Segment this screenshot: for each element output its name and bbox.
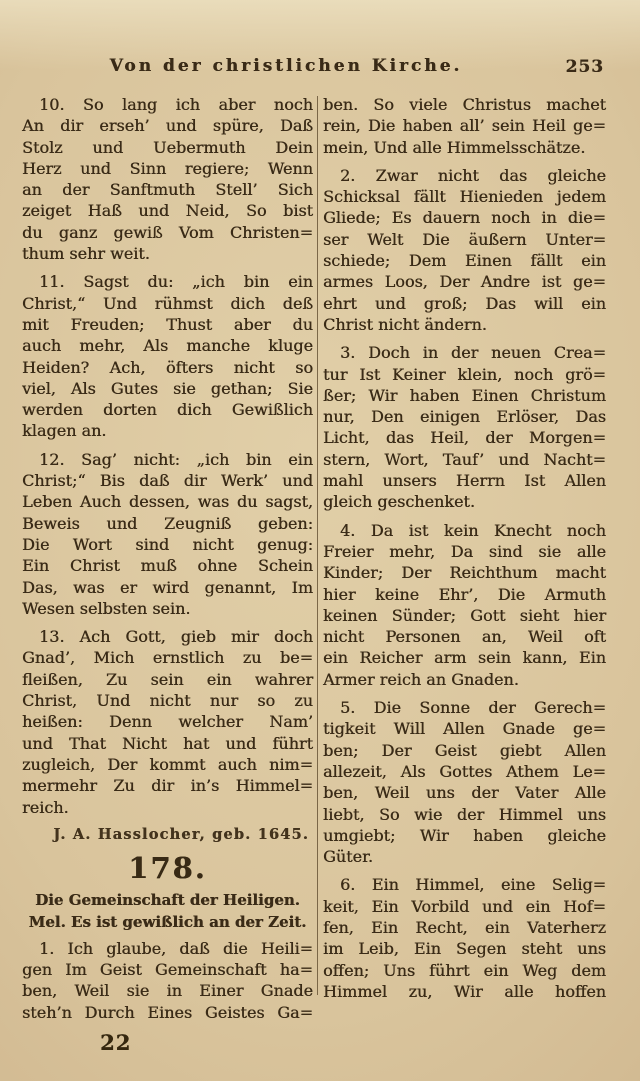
- page-header: Von der christlichen Kirche. 253: [22, 56, 610, 90]
- verse-line: 12. Sag’ nicht: „ich bin ein: [22, 449, 313, 470]
- right-column: ben. So viele Christus machetrein, Die h…: [323, 94, 606, 1055]
- hymn-verse: 5. Die Sonne der Gerech=tigkeit Will All…: [323, 697, 606, 867]
- verse-line: Christ;“ Bis daß dir Werk’ und: [22, 470, 313, 491]
- verse-line: keinen Sünder; Gott sieht hier: [323, 605, 606, 626]
- verse-line: 11. Sagst du: „ich bin ein: [22, 271, 313, 292]
- verse-line: Güter.: [323, 846, 606, 867]
- verse-line: nur, Den einigen Erlöser, Das: [323, 406, 606, 427]
- verse-line: Gliede; Es dauern noch in die=: [323, 207, 606, 228]
- verse-line: 5. Die Sonne der Gerech=: [323, 697, 606, 718]
- verse-line: An dir erseh’ und spüre, Daß: [22, 115, 313, 136]
- verse-line: Christ nicht ändern.: [323, 314, 606, 335]
- verse-line: mit Freuden; Thust aber du: [22, 314, 313, 335]
- verse-line: Armer reich an Gnaden.: [323, 669, 606, 690]
- hymn-number: 178.: [22, 851, 313, 885]
- verse-line: Freier mehr, Da sind sie alle: [323, 541, 606, 562]
- verse-line: fen, Ein Recht, ein Vaterherz: [323, 917, 606, 938]
- verse-line: ben. So viele Christus machet: [323, 94, 606, 115]
- hymn-melody-line: Mel. Es ist gewißlich an der Zeit.: [22, 911, 313, 933]
- verse-line: tur Ist Keiner klein, noch grö=: [323, 364, 606, 385]
- verse-line: ehrt und groß; Das will ein: [323, 293, 606, 314]
- verse-line: Christ,“ Und rühmst dich deß: [22, 293, 313, 314]
- verse-line: schiede; Dem Einen fällt ein: [323, 250, 606, 271]
- verse-line: 13. Ach Gott, gieb mir doch: [22, 626, 313, 647]
- verse-line: Das, was er wird genannt, Im: [22, 577, 313, 598]
- verse-line: Kinder; Der Reichthum macht: [323, 562, 606, 583]
- hymn-heading: 178.Die Gemeinschaft der Heiligen.Mel. E…: [22, 851, 313, 933]
- verse-line: keit, Ein Vorbild und ein Hof=: [323, 896, 606, 917]
- verse-line: im Leib, Ein Segen steht uns: [323, 938, 606, 959]
- hymn-verse: 11. Sagst du: „ich bin einChrist,“ Und r…: [22, 271, 313, 441]
- verse-line: Stolz und Uebermuth Dein: [22, 137, 313, 158]
- verse-line: Herz und Sinn regiere; Wenn: [22, 158, 313, 179]
- verse-line: auch mehr, Als manche kluge: [22, 335, 313, 356]
- verse-line: offen; Uns führt ein Weg dem: [323, 960, 606, 981]
- verse-line: Leben Auch dessen, was du sagst,: [22, 491, 313, 512]
- verse-line: Gnad’, Mich ernstlich zu be=: [22, 647, 313, 668]
- verse-line: Schicksal fällt Hienieden jedem: [323, 186, 606, 207]
- verse-line: armes Loos, Der Andre ist ge=: [323, 271, 606, 292]
- verse-line: nicht Personen an, Weil oft: [323, 626, 606, 647]
- verse-line: 10. So lang ich aber noch: [22, 94, 313, 115]
- verse-line: mein, Und alle Himmelsschätze.: [323, 137, 606, 158]
- verse-line: liebt, So wie der Himmel uns: [323, 804, 606, 825]
- verse-line: Himmel zu, Wir alle hoffen: [323, 981, 606, 1002]
- verse-line: 4. Da ist kein Knecht noch: [323, 520, 606, 541]
- verse-line: an der Sanftmuth Stell’ Sich: [22, 179, 313, 200]
- verse-line: ein Reicher arm sein kann, Ein: [323, 647, 606, 668]
- verse-line: stern, Wort, Tauf’ und Nacht=: [323, 449, 606, 470]
- verse-line: 3. Doch in der neuen Crea=: [323, 342, 606, 363]
- verse-line: umgiebt; Wir haben gleiche: [323, 825, 606, 846]
- verse-line: werden dorten dich Gewißlich: [22, 399, 313, 420]
- verse-line: ßer; Wir haben Einen Christum: [323, 385, 606, 406]
- verse-line: 1. Ich glaube, daß die Heili=: [22, 938, 313, 959]
- hymn-verse: 13. Ach Gott, gieb mir dochGnad’, Mich e…: [22, 626, 313, 818]
- verse-line: allezeit, Als Gottes Athem Le=: [323, 761, 606, 782]
- verse-line: 2. Zwar nicht das gleiche: [323, 165, 606, 186]
- verse-line: Wesen selbsten sein.: [22, 598, 313, 619]
- verse-line: steh’n Durch Eines Geistes Ga=: [22, 1002, 313, 1023]
- verse-line: ben, Weil sie in Einer Gnade: [22, 980, 313, 1001]
- author-attribution: J. A. Hasslocher, geb. 1645.: [22, 825, 313, 845]
- verse-line: Licht, das Heil, der Morgen=: [323, 427, 606, 448]
- verse-line: Christ, Und nicht nur so zu: [22, 690, 313, 711]
- hymn-verse: 1. Ich glaube, daß die Heili=gen Im Geis…: [22, 938, 313, 1023]
- hymn-verse: 10. So lang ich aber nochAn dir erseh’ u…: [22, 94, 313, 264]
- verse-line: mermehr Zu dir in’s Himmel=: [22, 775, 313, 796]
- verse-line: fleißen, Zu sein ein wahrer: [22, 669, 313, 690]
- hymn-verse: 12. Sag’ nicht: „ich bin einChrist;“ Bis…: [22, 449, 313, 619]
- verse-line: tigkeit Will Allen Gnade ge=: [323, 718, 606, 739]
- running-title: Von der christlichen Kirche.: [22, 56, 610, 76]
- verse-line: Die Wort sind nicht genug:: [22, 534, 313, 555]
- hymn-title: Die Gemeinschaft der Heiligen.: [22, 890, 313, 911]
- verse-line: klagen an.: [22, 420, 313, 441]
- page-number: 253: [566, 57, 605, 77]
- verse-line: viel, Als Gutes sie gethan; Sie: [22, 378, 313, 399]
- verse-line: gleich geschenket.: [323, 491, 606, 512]
- verse-line: heißen: Denn welcher Nam’: [22, 711, 313, 732]
- verse-line: zugleich, Der kommt auch nim=: [22, 754, 313, 775]
- signature-mark: 22: [22, 1030, 313, 1055]
- hymn-verse: 3. Doch in der neuen Crea=tur Ist Keiner…: [323, 342, 606, 512]
- left-column: 10. So lang ich aber nochAn dir erseh’ u…: [22, 94, 313, 1055]
- verse-line: mahl unsers Herrn Ist Allen: [323, 470, 606, 491]
- verse-line: und That Nicht hat und führt: [22, 733, 313, 754]
- hymn-verse: 4. Da ist kein Knecht nochFreier mehr, D…: [323, 520, 606, 690]
- hymn-verse: ben. So viele Christus machetrein, Die h…: [323, 94, 606, 158]
- verse-line: ser Welt Die äußern Unter=: [323, 229, 606, 250]
- verse-line: thum sehr weit.: [22, 243, 313, 264]
- column-divider: [317, 96, 318, 995]
- verse-line: zeiget Haß und Neid, So bist: [22, 200, 313, 221]
- verse-line: hier keine Ehr’, Die Armuth: [323, 584, 606, 605]
- verse-line: Heiden? Ach, öfters nicht so: [22, 357, 313, 378]
- verse-line: ben; Der Geist giebt Allen: [323, 740, 606, 761]
- book-page: Von der christlichen Kirche. 253 10. So …: [0, 0, 640, 1081]
- text-columns: 10. So lang ich aber nochAn dir erseh’ u…: [22, 94, 610, 1055]
- verse-line: gen Im Geist Gemeinschaft ha=: [22, 959, 313, 980]
- verse-line: rein, Die haben all’ sein Heil ge=: [323, 115, 606, 136]
- verse-line: reich.: [22, 797, 313, 818]
- verse-line: ben, Weil uns der Vater Alle: [323, 782, 606, 803]
- verse-line: du ganz gewiß Vom Christen=: [22, 222, 313, 243]
- hymn-verse: 2. Zwar nicht das gleicheSchicksal fällt…: [323, 165, 606, 335]
- hymn-verse: 6. Ein Himmel, eine Selig=keit, Ein Vorb…: [323, 874, 606, 1002]
- verse-line: Ein Christ muß ohne Schein: [22, 555, 313, 576]
- verse-line: Beweis und Zeugniß geben:: [22, 513, 313, 534]
- verse-line: 6. Ein Himmel, eine Selig=: [323, 874, 606, 895]
